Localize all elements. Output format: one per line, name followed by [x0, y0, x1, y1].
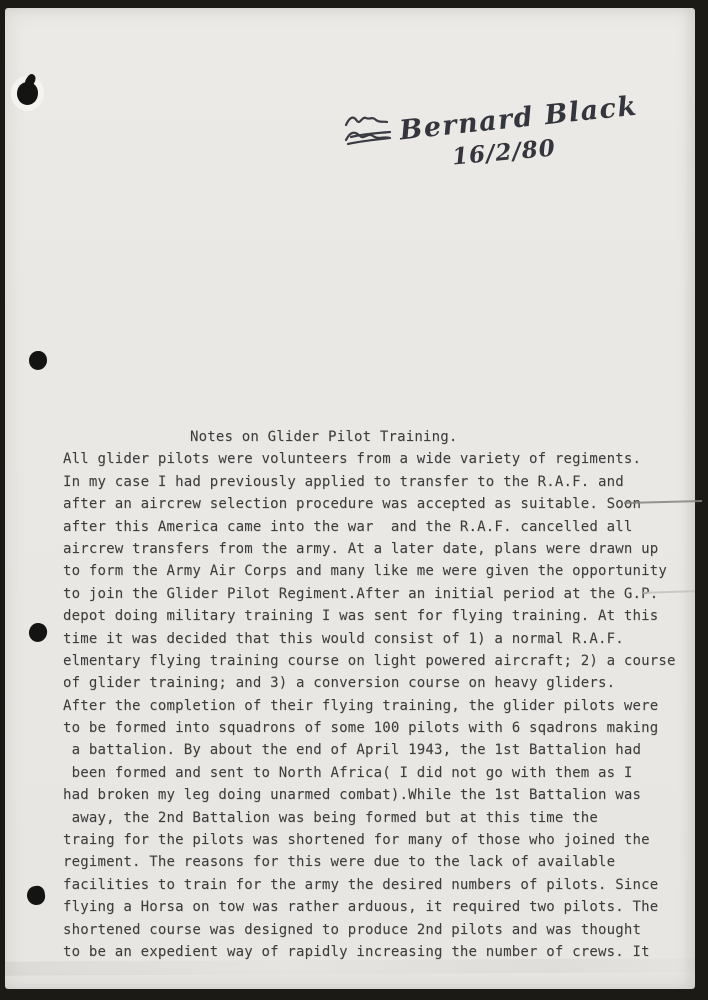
typed-line: All glider pilots were volunteers from a… — [63, 448, 703, 470]
typed-line: flying a Horsa on tow was rather arduous… — [63, 896, 703, 918]
typed-line: away, the 2nd Battalion was being formed… — [63, 807, 703, 829]
typed-line: to join the Glider Pilot Regiment.After … — [63, 583, 703, 605]
typed-line: to be an expedient way of rapidly increa… — [63, 941, 703, 963]
typed-line: regiment. The reasons for this were due … — [63, 851, 703, 873]
typed-line: a battalion. By about the end of April 1… — [63, 739, 703, 761]
typed-line: been formed and sent to North Africa( I … — [63, 762, 703, 784]
typed-line: facilities to train for the army the des… — [63, 874, 703, 896]
typed-line: to be formed into squadrons of some 100 … — [63, 717, 703, 739]
typed-line: after an aircrew selection procedure was… — [63, 493, 703, 515]
typed-line: of glider training; and 3) a conversion … — [63, 672, 703, 694]
typed-line: elmentary flying training course on ligh… — [63, 650, 703, 672]
typed-line: had broken my leg doing unarmed combat).… — [63, 784, 703, 806]
typed-line: time it was decided that this would cons… — [63, 628, 703, 650]
typed-line: shortened course was designed to produce… — [63, 919, 703, 941]
scribbled-out-word — [343, 107, 407, 153]
typed-line: depot doing military training I was sent… — [63, 605, 703, 627]
scanned-document-page: Bernard Black 16/2/80 Notes on Glider Pi… — [0, 0, 708, 1000]
punch-hole — [29, 351, 47, 370]
typed-text-block: Notes on Glider Pilot Training. All glid… — [63, 426, 703, 963]
typed-line: After the completion of their flying tra… — [63, 695, 703, 717]
typed-line: to form the Army Air Corps and many like… — [63, 560, 703, 582]
typed-body: All glider pilots were volunteers from a… — [63, 448, 703, 963]
typed-line: after this America came into the war and… — [63, 516, 703, 538]
typed-line: In my case I had previously applied to t… — [63, 471, 703, 493]
typed-line: traing for the pilots was shortened for … — [63, 829, 703, 851]
typed-line: aircrew transfers from the army. At a la… — [63, 538, 703, 560]
document-title: Notes on Glider Pilot Training. — [63, 426, 703, 448]
